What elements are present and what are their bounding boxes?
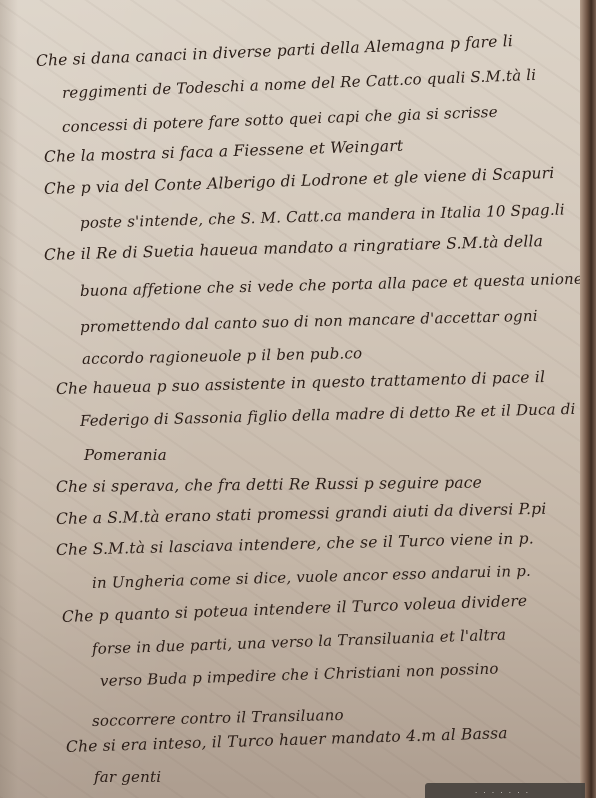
manuscript-line-1: Che si dana canaci in diverse parti dell… <box>36 32 514 70</box>
manuscript-line-20: verso Buda p impedire che i Christiani n… <box>100 659 499 690</box>
manuscript-line-7: Che il Re di Suetia haueua mandato a rin… <box>44 232 544 264</box>
manuscript-line-13: Pomerania <box>84 446 167 464</box>
manuscript-line-6: poste s'intende, che S. M. Catt.ca mande… <box>80 200 565 232</box>
manuscript-line-3: concessi di potere fare sotto quei capi … <box>62 103 498 136</box>
manuscript-line-15: Che a S.M.tà erano stati promessi grandi… <box>56 500 547 528</box>
overlay-caption: · · · · · · · <box>475 789 530 797</box>
page-edge-shadow <box>0 0 18 798</box>
manuscript-line-16: Che S.M.tà si lasciava intendere, che se… <box>56 529 534 559</box>
manuscript-line-5: Che p via del Conte Alberigo di Lodrone … <box>44 164 555 198</box>
manuscript-line-8: buona affetione che si vede che porta al… <box>80 270 583 300</box>
viewer-overlay-bar[interactable]: · · · · · · · <box>425 783 585 798</box>
manuscript-line-17: in Ungheria come si dice, vuole ancor es… <box>92 562 531 592</box>
manuscript-line-2: reggimenti de Todeschi a nome del Re Cat… <box>62 66 537 102</box>
manuscript-page: Che si dana canaci in diverse parti dell… <box>0 0 596 798</box>
manuscript-line-23: far genti <box>94 768 161 786</box>
manuscript-line-14: Che si sperava, che fra detti Re Russi p… <box>56 474 482 496</box>
manuscript-line-4: Che la mostra si faca a Fiessene et Wein… <box>44 137 404 166</box>
manuscript-line-12: Federigo di Sassonia figlio della madre … <box>80 400 576 430</box>
manuscript-line-10: accordo ragioneuole p il ben pub.co <box>82 344 363 368</box>
manuscript-line-19: forse in due parti, una verso la Transil… <box>92 626 507 658</box>
manuscript-line-11: Che haueua p suo assistente in questo tr… <box>56 368 546 398</box>
book-binding-edge <box>580 0 596 798</box>
manuscript-line-9: promettendo dal canto suo di non mancare… <box>80 307 538 336</box>
manuscript-line-18: Che p quanto si poteua intendere il Turc… <box>62 592 528 626</box>
manuscript-line-21: soccorrere contro il Transiluano <box>92 706 344 730</box>
